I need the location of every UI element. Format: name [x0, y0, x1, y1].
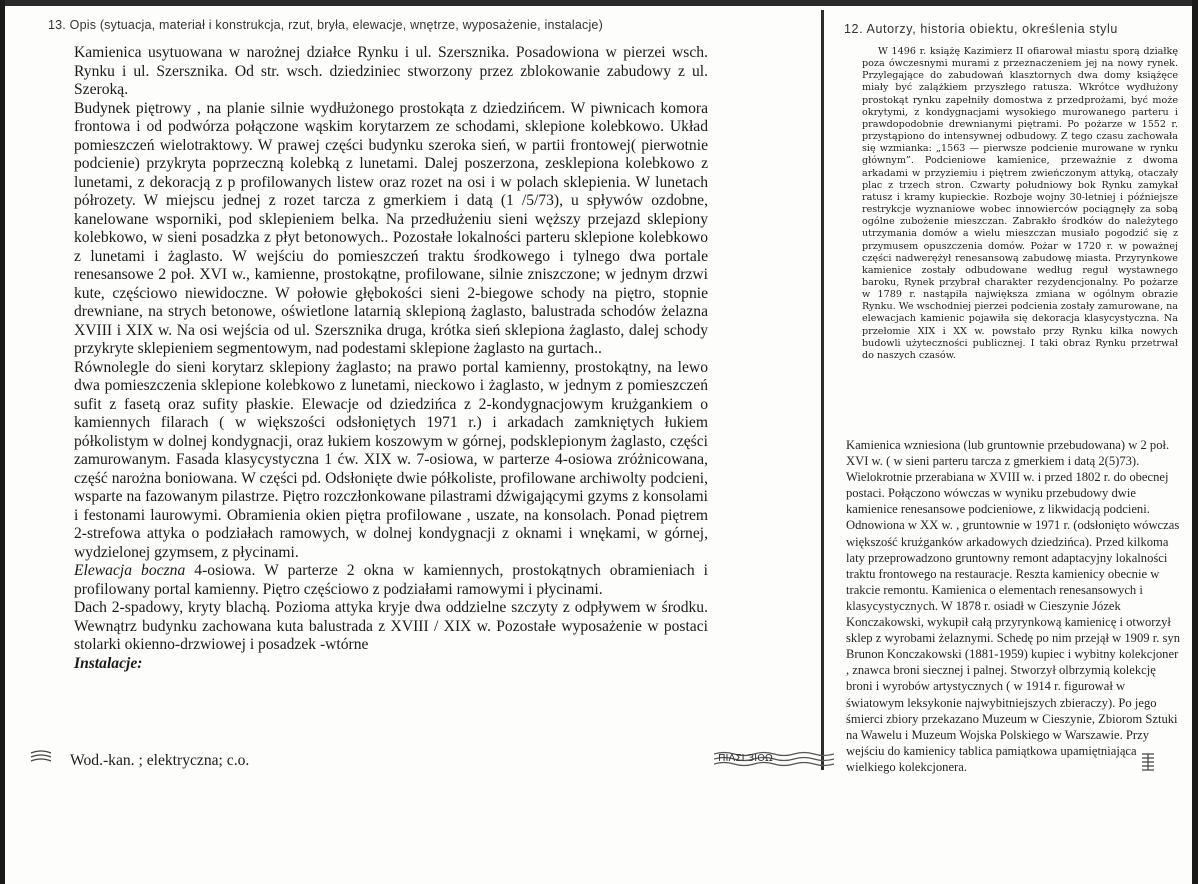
paragraph-roof: Dach 2-spadowy, kryty blachą. Pozioma at…	[74, 599, 708, 655]
installations-line: Wod.-kan. ; elektryczna; c.o.	[30, 749, 249, 770]
paragraph-interior: Budynek piętrowy , na planie silnie wydł…	[74, 100, 708, 359]
column-divider	[821, 10, 824, 770]
scan-left-border	[0, 0, 5, 884]
history-quote: W 1496 r. książę Kazimierz II ofiarował …	[862, 46, 1178, 362]
section-13-header: 13. Opis (sytuacja, materiał i konstrukc…	[48, 18, 748, 32]
section-12-header: 12. Autorzy, historia obiektu, określeni…	[844, 22, 1184, 36]
installations-heading: Instalacje:	[74, 655, 708, 674]
installations-text: Wod.-kan. ; elektryczna; c.o.	[70, 752, 249, 769]
history-quote-text: W 1496 r. książę Kazimierz II ofiarował …	[862, 46, 1178, 362]
history-body: Kamienica wzniesiona (lub gruntownie prz…	[846, 437, 1182, 775]
history-body-text: Kamienica wzniesiona (lub gruntownie prz…	[846, 437, 1182, 775]
wavy-stamp-mark: ΠΙΛΣΙ ЗΙΟΩ	[714, 748, 834, 770]
binding-hole-mark-right-icon	[1140, 752, 1156, 779]
binding-hole-mark-icon	[30, 749, 52, 770]
scan-right-border	[1192, 0, 1198, 884]
scan-top-border	[0, 0, 1198, 6]
side-elevation-label: Elewacja boczna	[74, 562, 185, 579]
paragraph-location: Kamienica usytuowana w narożnej działce …	[74, 44, 708, 100]
description-body: Kamienica usytuowana w narożnej działce …	[74, 44, 708, 673]
paragraph-side-elevation: Elewacja boczna 4-osiowa. W parterze 2 o…	[74, 562, 708, 599]
paragraph-elevations: Równolegle do sieni korytarz sklepiony ż…	[74, 359, 708, 563]
stamp-text: ΠΙΛΣΙ ЗΙΟΩ	[718, 753, 773, 764]
